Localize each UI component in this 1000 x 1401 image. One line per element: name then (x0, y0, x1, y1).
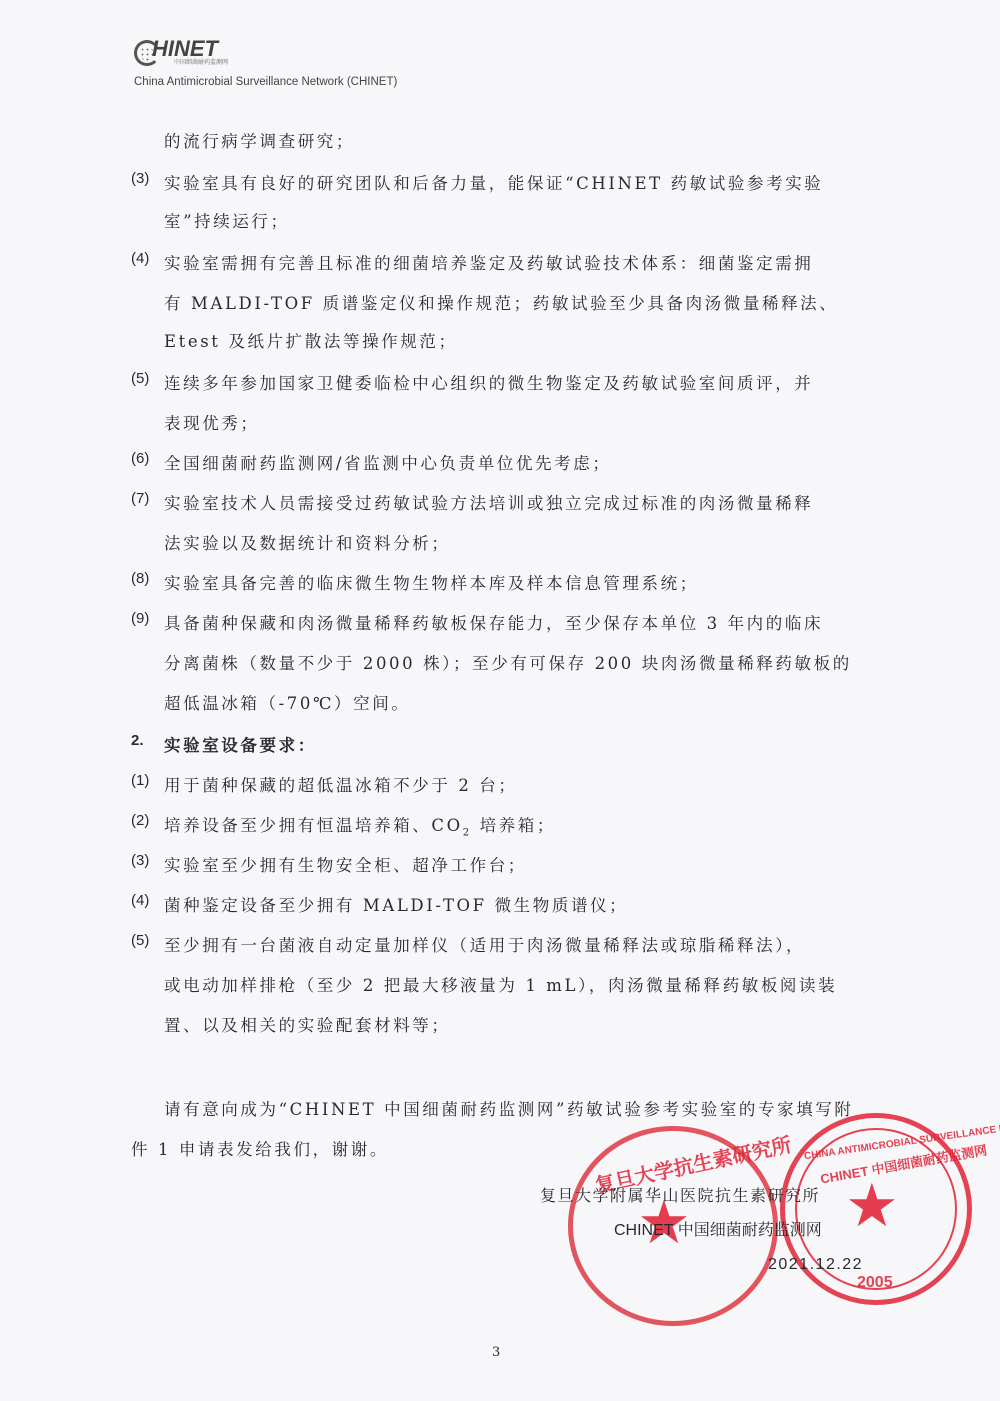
signature-institute: 复旦大学附属华山医院抗生素研究所 (540, 1183, 820, 1206)
logo-subtitle: 中国细菌耐药监测网 (174, 59, 228, 66)
chinet-seal: ★ CHINA ANTIMICROBIAL SURVEILLANCE NETWO… (780, 1113, 972, 1305)
page-number: 3 (492, 1345, 500, 1360)
signature-date: 2021.12.22 (768, 1256, 863, 1274)
chinet-logo: HINET 中国细菌耐药监测网 (134, 36, 244, 72)
signature-network: CHINET 中国细菌耐药监测网 (614, 1217, 822, 1240)
document-header: HINET 中国细菌耐药监测网 China Antimicrobial Surv… (134, 36, 397, 88)
org-name: China Antimicrobial Surveillance Network… (134, 76, 397, 88)
star-icon: ★ (845, 1176, 899, 1236)
